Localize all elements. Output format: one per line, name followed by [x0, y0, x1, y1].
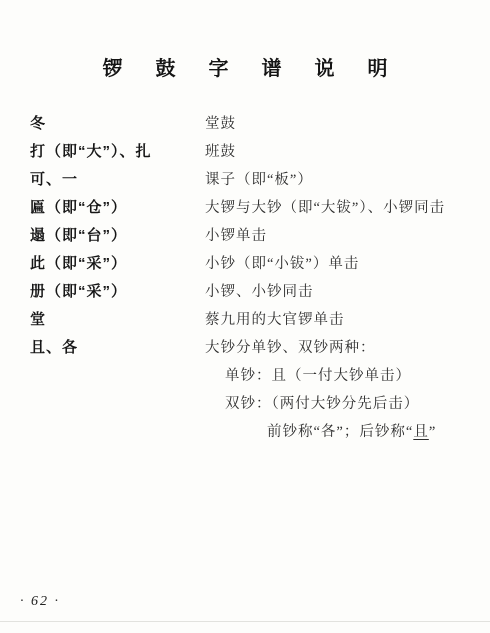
notation-subline: 前钞称“各”；后钞称“且”	[267, 418, 470, 446]
notation-desc: 课子（即“板”）	[205, 166, 470, 194]
notation-table: 冬堂鼓打（即“大”）、扎班鼓可、一课子（即“板”）匾（即“仓”）大锣与大钞（即“…	[0, 110, 490, 446]
notation-desc: 大锣与大钞（即“大钹”）、小锣同击	[205, 194, 470, 222]
notation-term: 且、各	[30, 334, 205, 362]
underlined-text: 且	[413, 424, 429, 440]
page-title: 锣 鼓 字 谱 说 明	[0, 0, 490, 81]
notation-desc: 班鼓	[205, 138, 470, 166]
notation-term: 此（即“采”）	[30, 250, 205, 278]
notation-term: 匾（即“仓”）	[30, 194, 205, 222]
notation-desc: 堂鼓	[205, 110, 470, 138]
notation-desc: 蔡九用的大官锣单击	[205, 306, 470, 334]
book-page: 锣 鼓 字 谱 说 明 冬堂鼓打（即“大”）、扎班鼓可、一课子（即“板”）匾（即…	[0, 0, 490, 633]
notation-term: 堂	[30, 306, 205, 334]
page-number: · 62 ·	[20, 594, 60, 610]
table-row: 且、各大钞分单钞、双钞两种：	[30, 334, 470, 362]
notation-desc: 大钞分单钞、双钞两种：	[205, 334, 470, 362]
notation-term: 打（即“大”）、扎	[30, 138, 205, 166]
subline-text: ”	[429, 424, 436, 440]
table-row: 堂蔡九用的大官锣单击	[30, 306, 470, 334]
subline-text: 单钞：且（一付大钞单击）	[225, 368, 411, 384]
notation-term: 冬	[30, 110, 205, 138]
bottom-rule	[0, 621, 490, 622]
subline-text: 双钞：（两付大钞分先后击）	[225, 396, 419, 412]
notation-term: 遢（即“台”）	[30, 222, 205, 250]
notation-subline: 双钞：（两付大钞分先后击）	[225, 390, 470, 418]
notation-desc: 小锣单击	[205, 222, 470, 250]
notation-desc: 小钞（即“小钹”）单击	[205, 250, 470, 278]
table-row: 册（即“采”）小锣、小钞同击	[30, 278, 470, 306]
notation-subline: 单钞：且（一付大钞单击）	[225, 362, 470, 390]
subline-text: 前钞称“各”；后钞称“	[267, 424, 413, 440]
notation-term: 册（即“采”）	[30, 278, 205, 306]
notation-desc: 小锣、小钞同击	[205, 278, 470, 306]
table-row: 匾（即“仓”）大锣与大钞（即“大钹”）、小锣同击	[30, 194, 470, 222]
notation-term: 可、一	[30, 166, 205, 194]
table-row: 此（即“采”）小钞（即“小钹”）单击	[30, 250, 470, 278]
table-row: 可、一课子（即“板”）	[30, 166, 470, 194]
table-row: 冬堂鼓	[30, 110, 470, 138]
table-row: 遢（即“台”）小锣单击	[30, 222, 470, 250]
table-row: 打（即“大”）、扎班鼓	[30, 138, 470, 166]
